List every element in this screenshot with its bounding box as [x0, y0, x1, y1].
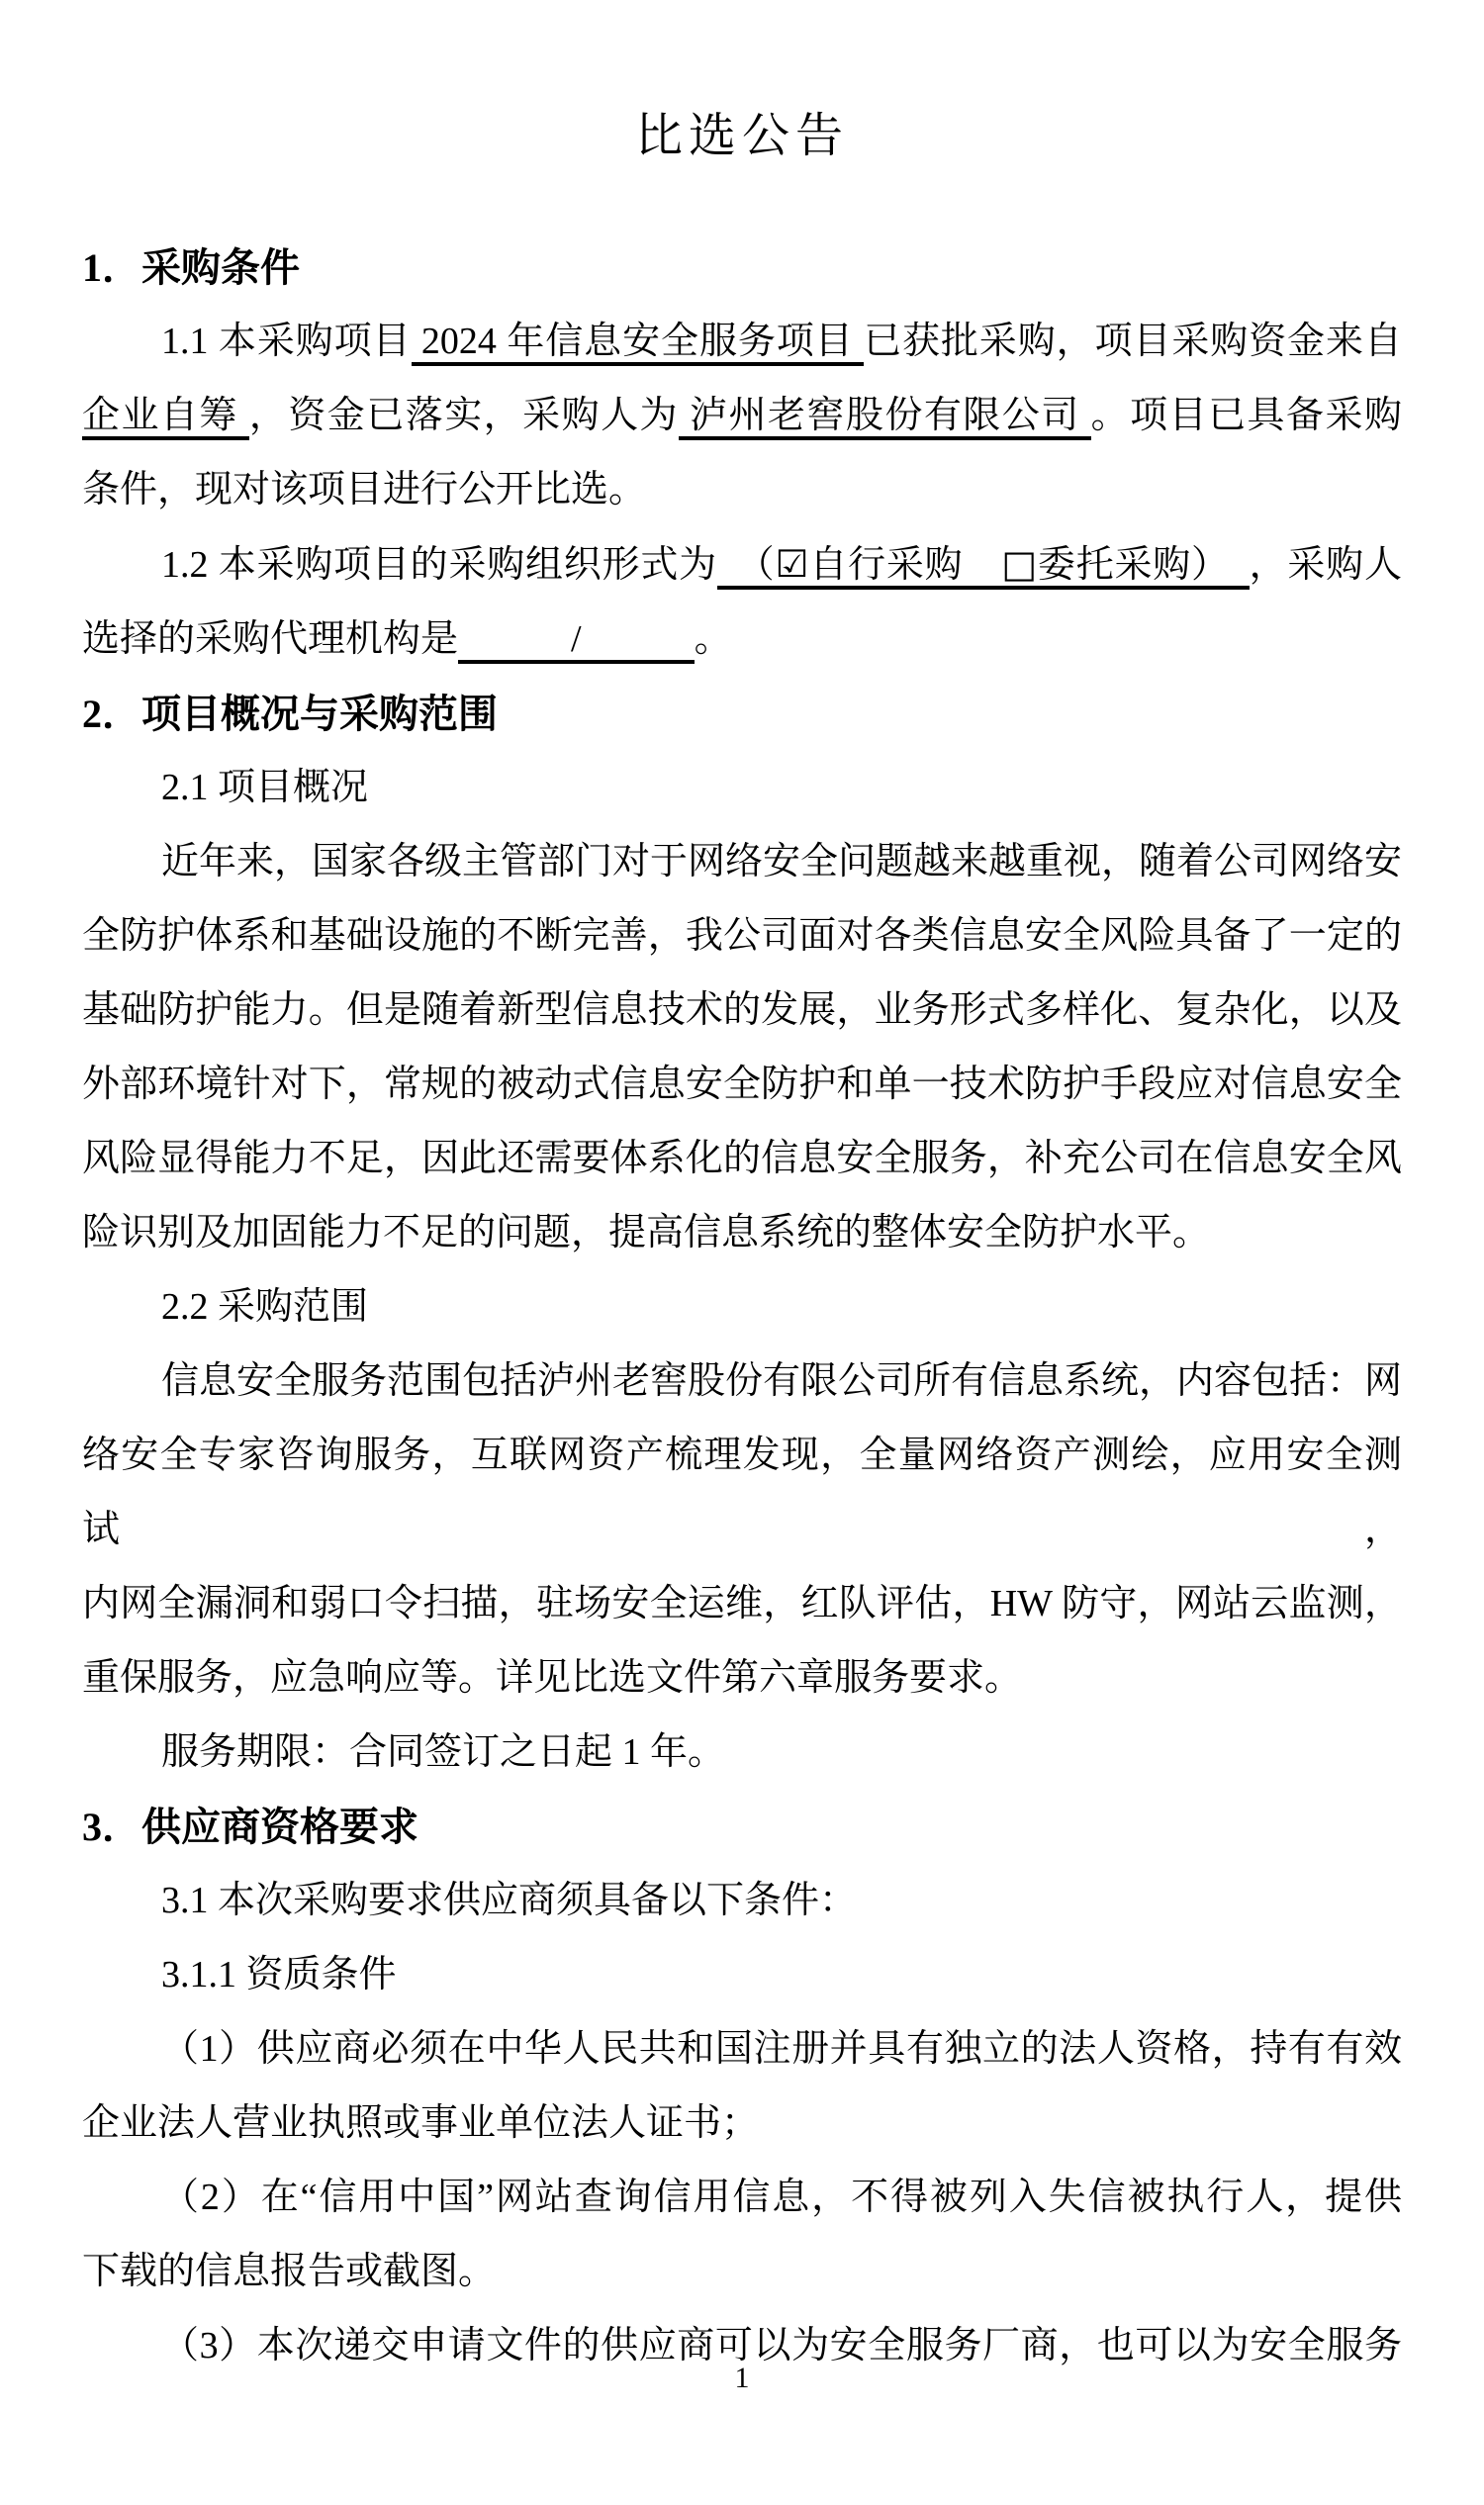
section-2-1-subheading: 2.1 项目概况 — [82, 751, 1402, 825]
qualification-item-2-line-2: 下载的信息报告或截图。 — [82, 2235, 1402, 2309]
qualification-item-2-line-1: （2）在“信用中国”网站查询信用信息，不得被列入失信被执行人，提供 — [82, 2161, 1402, 2235]
blank-purchaser-name: 泸州老窖股份有限公司 — [679, 395, 1091, 440]
clause-1-1-line-2: 企业自筹 ，资金已落实，采购人为 泸州老窖股份有限公司 。项目已具备采购 — [82, 379, 1402, 453]
clause-1-2-text: 。 — [695, 618, 732, 660]
clause-1-2-text: ，采购人 — [1250, 544, 1402, 586]
clause-1-2-text: 1.2 本采购项目的采购组织形式为 — [161, 544, 717, 586]
section-2-heading: 2．项目概况与采购范围 — [82, 677, 1402, 751]
paren-open: （ — [717, 544, 776, 586]
procurement-scope-line-4: 重保服务，应急响应等。详见比选文件第六章服务要求。 — [82, 1641, 1402, 1716]
qualification-item-1-line-2: 企业法人营业执照或事业单位法人证书； — [82, 2087, 1402, 2161]
project-overview-line-3: 基础防护能力。但是随着新型信息技术的发展，业务形式多样化、复杂化，以及 — [82, 974, 1402, 1048]
qualification-item-1-line-1: （1）供应商必须在中华人民共和国注册并具有独立的法人资格，持有有效 — [82, 2012, 1402, 2087]
checkbox-unchecked-icon: □ — [1001, 542, 1038, 586]
clause-1-1-text: 。项目已具备采购 — [1091, 395, 1402, 436]
clause-1-2-text: 选择的采购代理机构是 — [82, 618, 458, 660]
clause-1-1-line-3: 条件，现对该项目进行公开比选。 — [82, 453, 1402, 527]
procurement-scope-line-3: 内网全漏洞和弱口令扫描，驻场安全运维，红队评估，HW 防守，网站云监测， — [82, 1567, 1402, 1641]
project-overview-line-6: 险识别及加固能力不足的问题，提高信息系统的整体安全防护水平。 — [82, 1196, 1402, 1270]
blank-organization-form: （☑自行采购 □委托采购） — [717, 544, 1250, 590]
section-1-heading: 1．采购条件 — [82, 231, 1402, 305]
section-3-heading: 3．供应商资格要求 — [82, 1790, 1402, 1864]
clause-1-2-line-2: 选择的采购代理机构是 / 。 — [82, 603, 1402, 677]
clause-1-1-text: 1.1 本采购项目 — [161, 321, 412, 362]
document-title: 比选公告 — [82, 99, 1402, 173]
option-self-procurement-label: 自行采购 — [809, 544, 964, 586]
blank-project-name: 2024 年信息安全服务项目 — [412, 321, 865, 366]
section-3-1-1-subheading: 3.1.1 资质条件 — [82, 1938, 1402, 2012]
clause-1-1-line-1: 1.1 本采购项目 2024 年信息安全服务项目 已获批采购，项目采购资金来自 — [82, 305, 1402, 379]
blank-agency-name: / — [458, 618, 695, 664]
page-number: 1 — [0, 2364, 1484, 2393]
option-gap — [963, 544, 1001, 586]
service-term-line: 服务期限：合同签订之日起 1 年。 — [82, 1716, 1402, 1790]
project-overview-line-4: 外部环境针对下，常规的被动式信息安全防护和单一技术防护手段应对信息安全 — [82, 1048, 1402, 1122]
document-page: 比选公告 1．采购条件 1.1 本采购项目 2024 年信息安全服务项目 已获批… — [0, 0, 1484, 2505]
project-overview-line-5: 风险显得能力不足，因此还需要体系化的信息安全服务，补充公司在信息安全风 — [82, 1122, 1402, 1196]
project-overview-line-2: 全防护体系和基础设施的不断完善，我公司面对各类信息安全风险具备了一定的 — [82, 899, 1402, 974]
section-2-2-subheading: 2.2 采购范围 — [82, 1270, 1402, 1345]
clause-1-2-line-1: 1.2 本采购项目的采购组织形式为 （☑自行采购 □委托采购） ，采购人 — [82, 527, 1402, 603]
section-3-1-subheading: 3.1 本次采购要求供应商须具备以下条件： — [82, 1864, 1402, 1938]
option-delegated-procurement-label: 委托采购 — [1038, 544, 1191, 586]
procurement-scope-line-2: 络安全专家咨询服务，互联网资产梳理发现，全量网络资产测绘，应用安全测试， — [82, 1419, 1402, 1567]
blank-funding-source: 企业自筹 — [82, 395, 249, 440]
project-overview-line-1: 近年来，国家各级主管部门对于网络安全问题越来越重视，随着公司网络安 — [82, 825, 1402, 899]
checkbox-checked-icon: ☑ — [775, 542, 808, 586]
paren-close: ） — [1191, 544, 1250, 586]
procurement-scope-line-1: 信息安全服务范围包括泸州老窖股份有限公司所有信息系统，内容包括：网 — [82, 1345, 1402, 1419]
clause-1-1-text: ，资金已落实，采购人为 — [249, 395, 679, 436]
clause-1-1-text: 已获批采购，项目采购资金来自 — [864, 321, 1402, 362]
